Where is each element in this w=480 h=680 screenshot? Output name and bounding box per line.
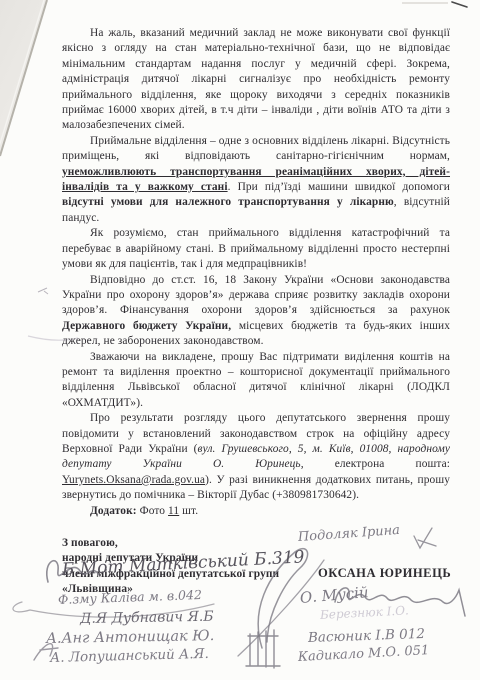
signature-vasyunyk: Васюник І.В 012	[308, 626, 425, 646]
signature-berezyuk: Березнюк І.О.	[320, 603, 410, 622]
text-run-bold: Державного бюджету України,	[62, 320, 231, 332]
printed-deputy-name: ОКСАНА ЮРИНЕЦЬ	[318, 566, 451, 581]
signature-lopushanskyi: А. Лопушанський А.Я.	[50, 646, 209, 666]
text-run: шт.	[179, 505, 198, 517]
text-run: Приймальне відділення – одне з основних …	[62, 135, 450, 162]
text-run-bold: відсутні умови для належного транспортув…	[62, 196, 394, 208]
text-run: . При під’їзді машини швидкої допомоги	[228, 181, 450, 193]
text-run: На жаль, вказаний медичний заклад не мож…	[62, 27, 450, 131]
paragraph-4: Відповідно до ст.ст. 16, 18 Закону Украї…	[62, 273, 450, 350]
letter-body: На жаль, вказаний медичний заклад не мож…	[62, 26, 450, 598]
text-run: Фото	[137, 505, 168, 517]
text-run: Відповідно до ст.ст. 16, 18 Закону Украї…	[62, 274, 450, 317]
text-run: Як розуміємо, стан приймального відділен…	[62, 227, 450, 270]
paragraph-attachment: Додаток: Фото 11 шт.	[62, 504, 450, 519]
paragraph-5: Зважаючи на викладене, прошу Вас підтрим…	[62, 350, 450, 412]
paragraph-2: Приймальне відділення – одне з основних …	[62, 134, 450, 226]
text-run-bold: Додаток:	[90, 505, 137, 517]
paragraph-3: Як розуміємо, стан приймального відділен…	[62, 226, 450, 272]
email-address: Yurynets.Oksana@rada.gov.ua	[62, 474, 205, 486]
signature-kadykalo: Кадикало М.О. 051	[298, 643, 430, 665]
signature-antonyshchak: А.Анг Антонищак Ю.	[46, 628, 215, 647]
paragraph-1: На жаль, вказаний медичний заклад не мож…	[62, 26, 450, 134]
paragraph-6: Про результати розгляду цього депутатськ…	[62, 411, 450, 503]
page-corner-fold	[0, 0, 60, 170]
scanned-letter-page: На жаль, вказаний медичний заклад не мож…	[0, 0, 480, 680]
text-run-underline: 11	[168, 505, 179, 517]
text-run: Зважаючи на викладене, прошу Вас підтрим…	[62, 351, 450, 409]
text-run: електрона пошта:	[304, 458, 450, 470]
signature-dubnevych: Д.Я Дубнавич Я.Б	[80, 609, 214, 627]
